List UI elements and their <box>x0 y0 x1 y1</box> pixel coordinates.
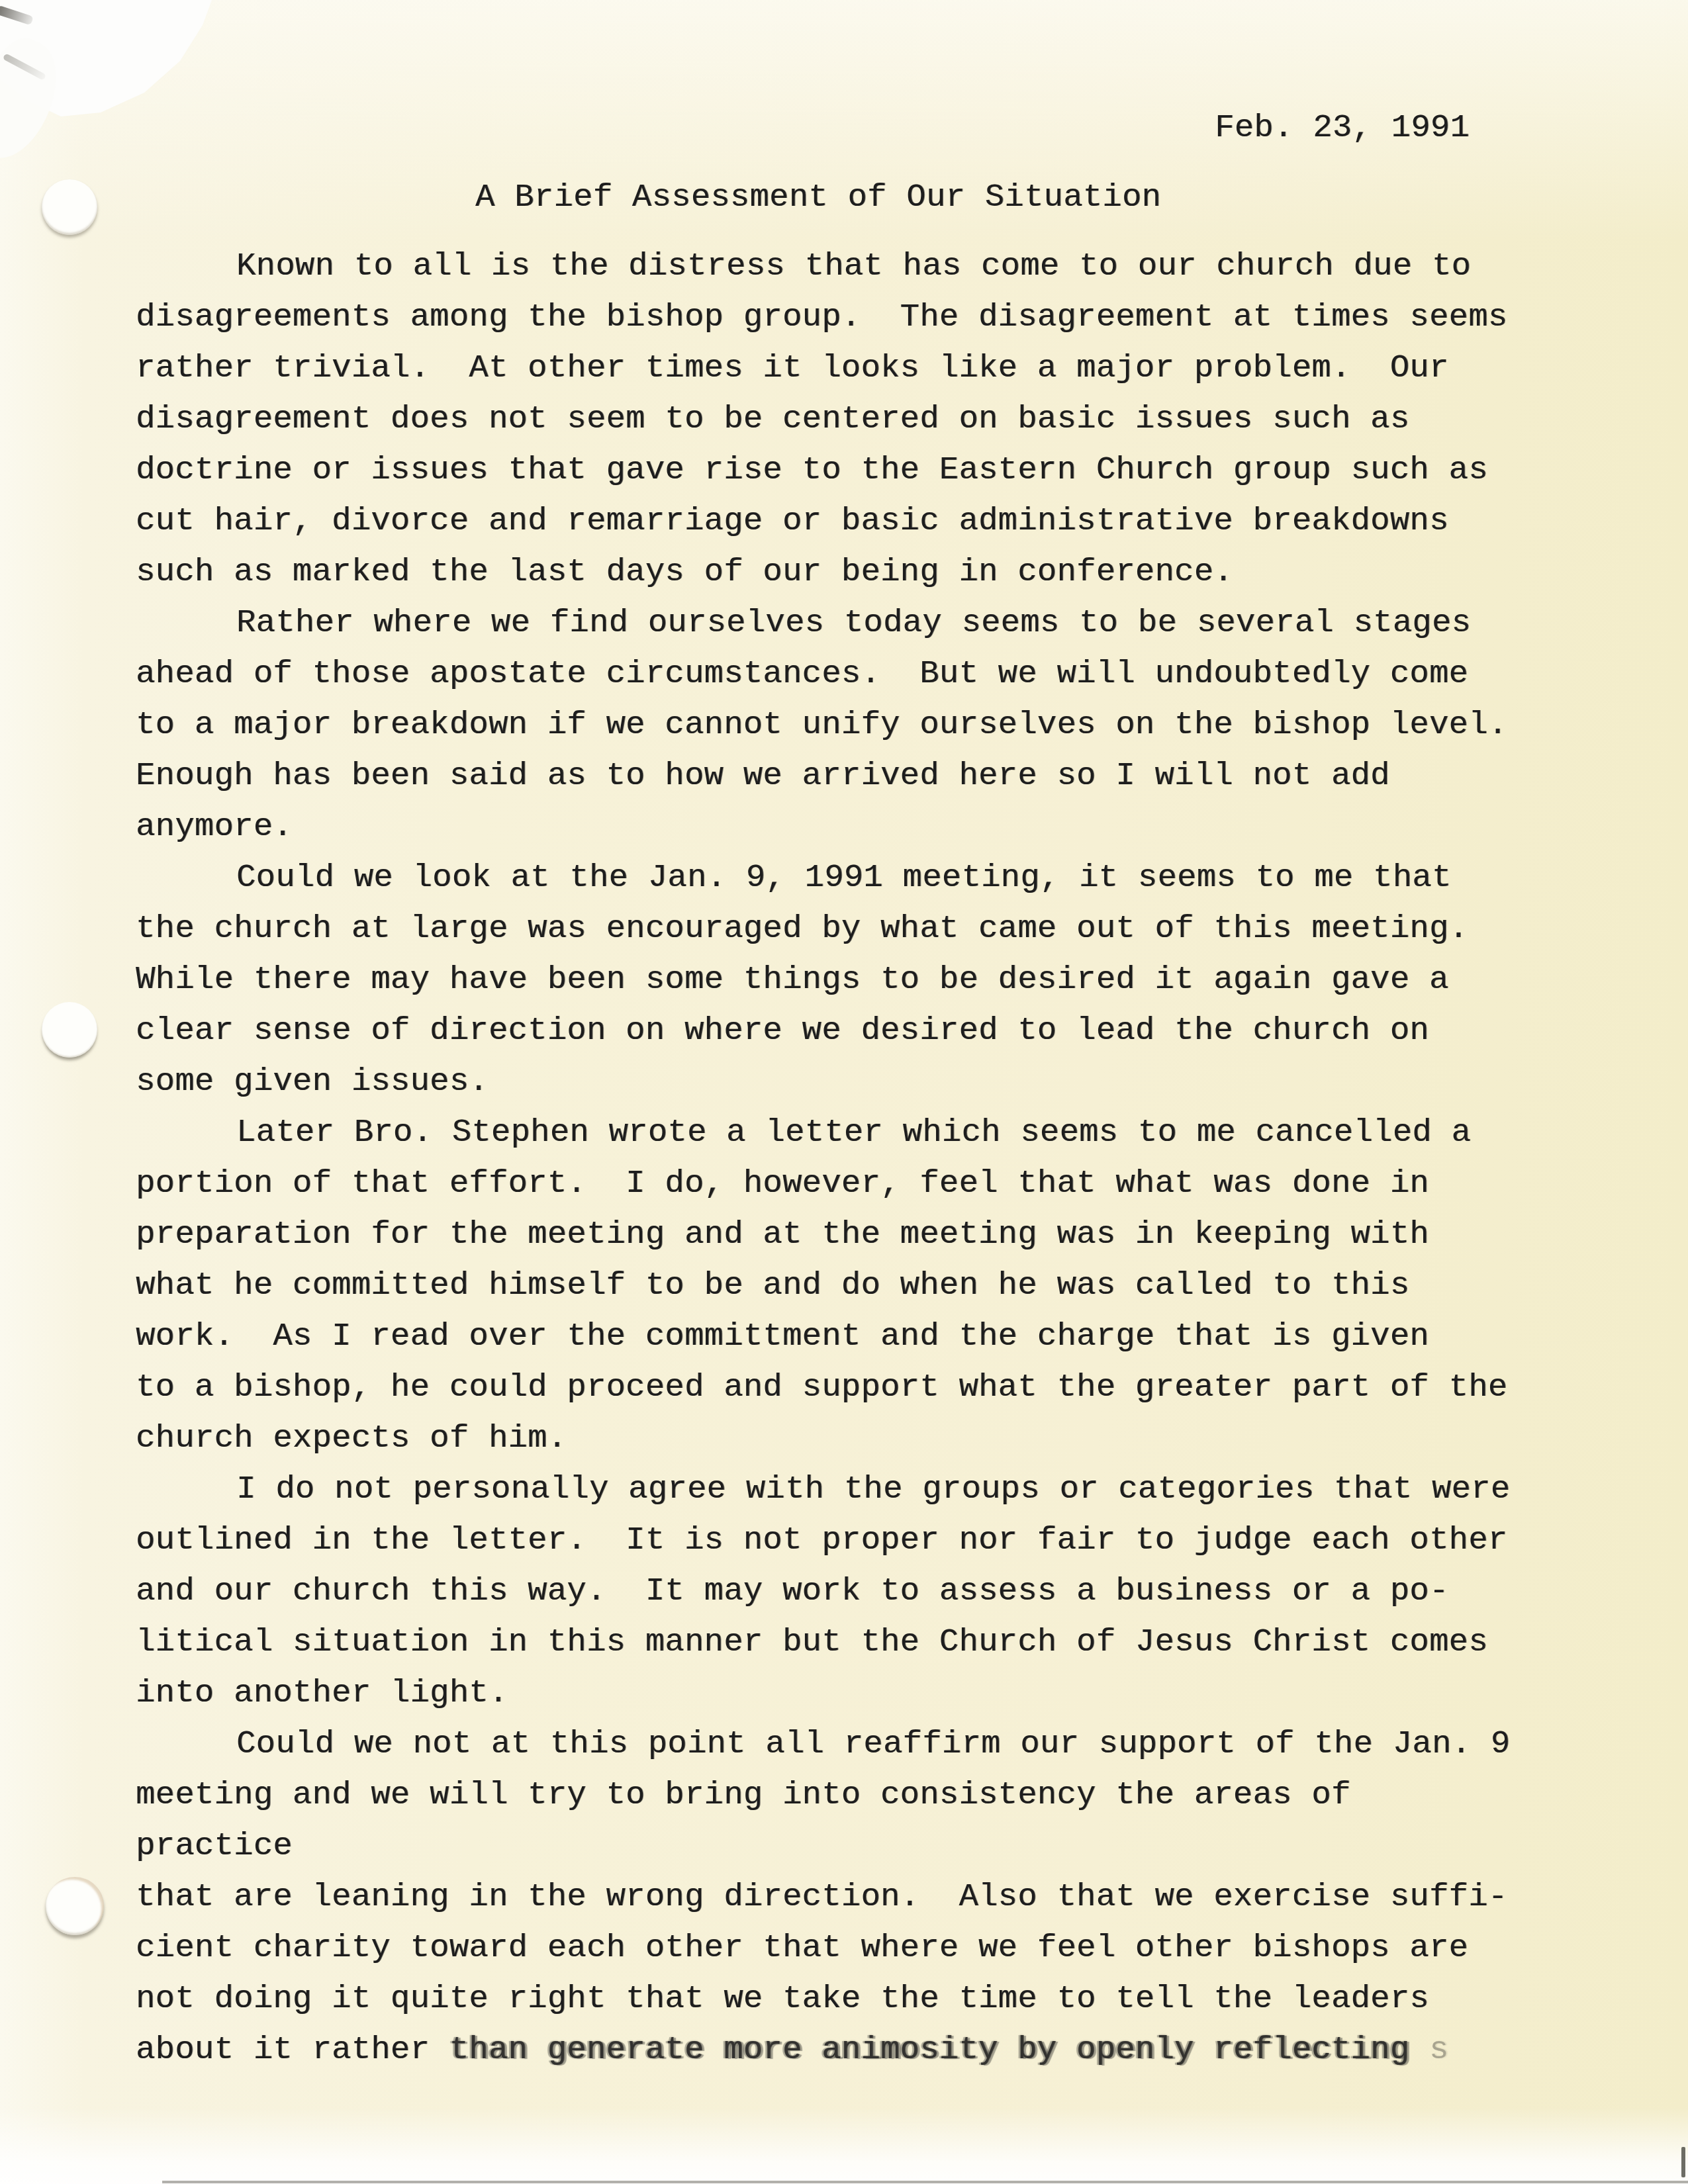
document-date: Feb. 23, 1991 <box>136 103 1526 154</box>
document-title: A Brief Assessment of Our Situation <box>136 172 1526 223</box>
paragraph-2: Rather where we find ourselves today see… <box>136 598 1526 852</box>
final-line-smudged-text: than generate more animosity by openly r… <box>449 2031 1410 2068</box>
final-line-normal-text: about it rather <box>136 2031 449 2068</box>
punch-hole-bottom <box>46 1877 104 1935</box>
final-line-faint-mark: s <box>1409 2031 1448 2068</box>
punch-hole-top <box>42 179 97 235</box>
scanner-edge-mark <box>1681 2147 1685 2177</box>
paragraph-5: I do not personally agree with the group… <box>136 1464 1526 1719</box>
document-content: Feb. 23, 1991 A Brief Assessment of Our … <box>136 0 1526 2075</box>
punch-hole-middle <box>42 1002 97 1058</box>
scanner-bottom-edge <box>162 2181 1688 2183</box>
paragraph-6: Could we not at this point all reaffirm … <box>136 1719 1526 2025</box>
paragraph-1: Known to all is the distress that has co… <box>136 241 1526 598</box>
paragraph-6-final-line: about it rather than generate more animo… <box>136 2025 1526 2075</box>
document-body: Known to all is the distress that has co… <box>136 241 1526 2075</box>
scanned-typewritten-page: Feb. 23, 1991 A Brief Assessment of Our … <box>0 0 1688 2184</box>
paragraph-3: Could we look at the Jan. 9, 1991 meetin… <box>136 852 1526 1107</box>
paragraph-4: Later Bro. Stephen wrote a letter which … <box>136 1107 1526 1464</box>
